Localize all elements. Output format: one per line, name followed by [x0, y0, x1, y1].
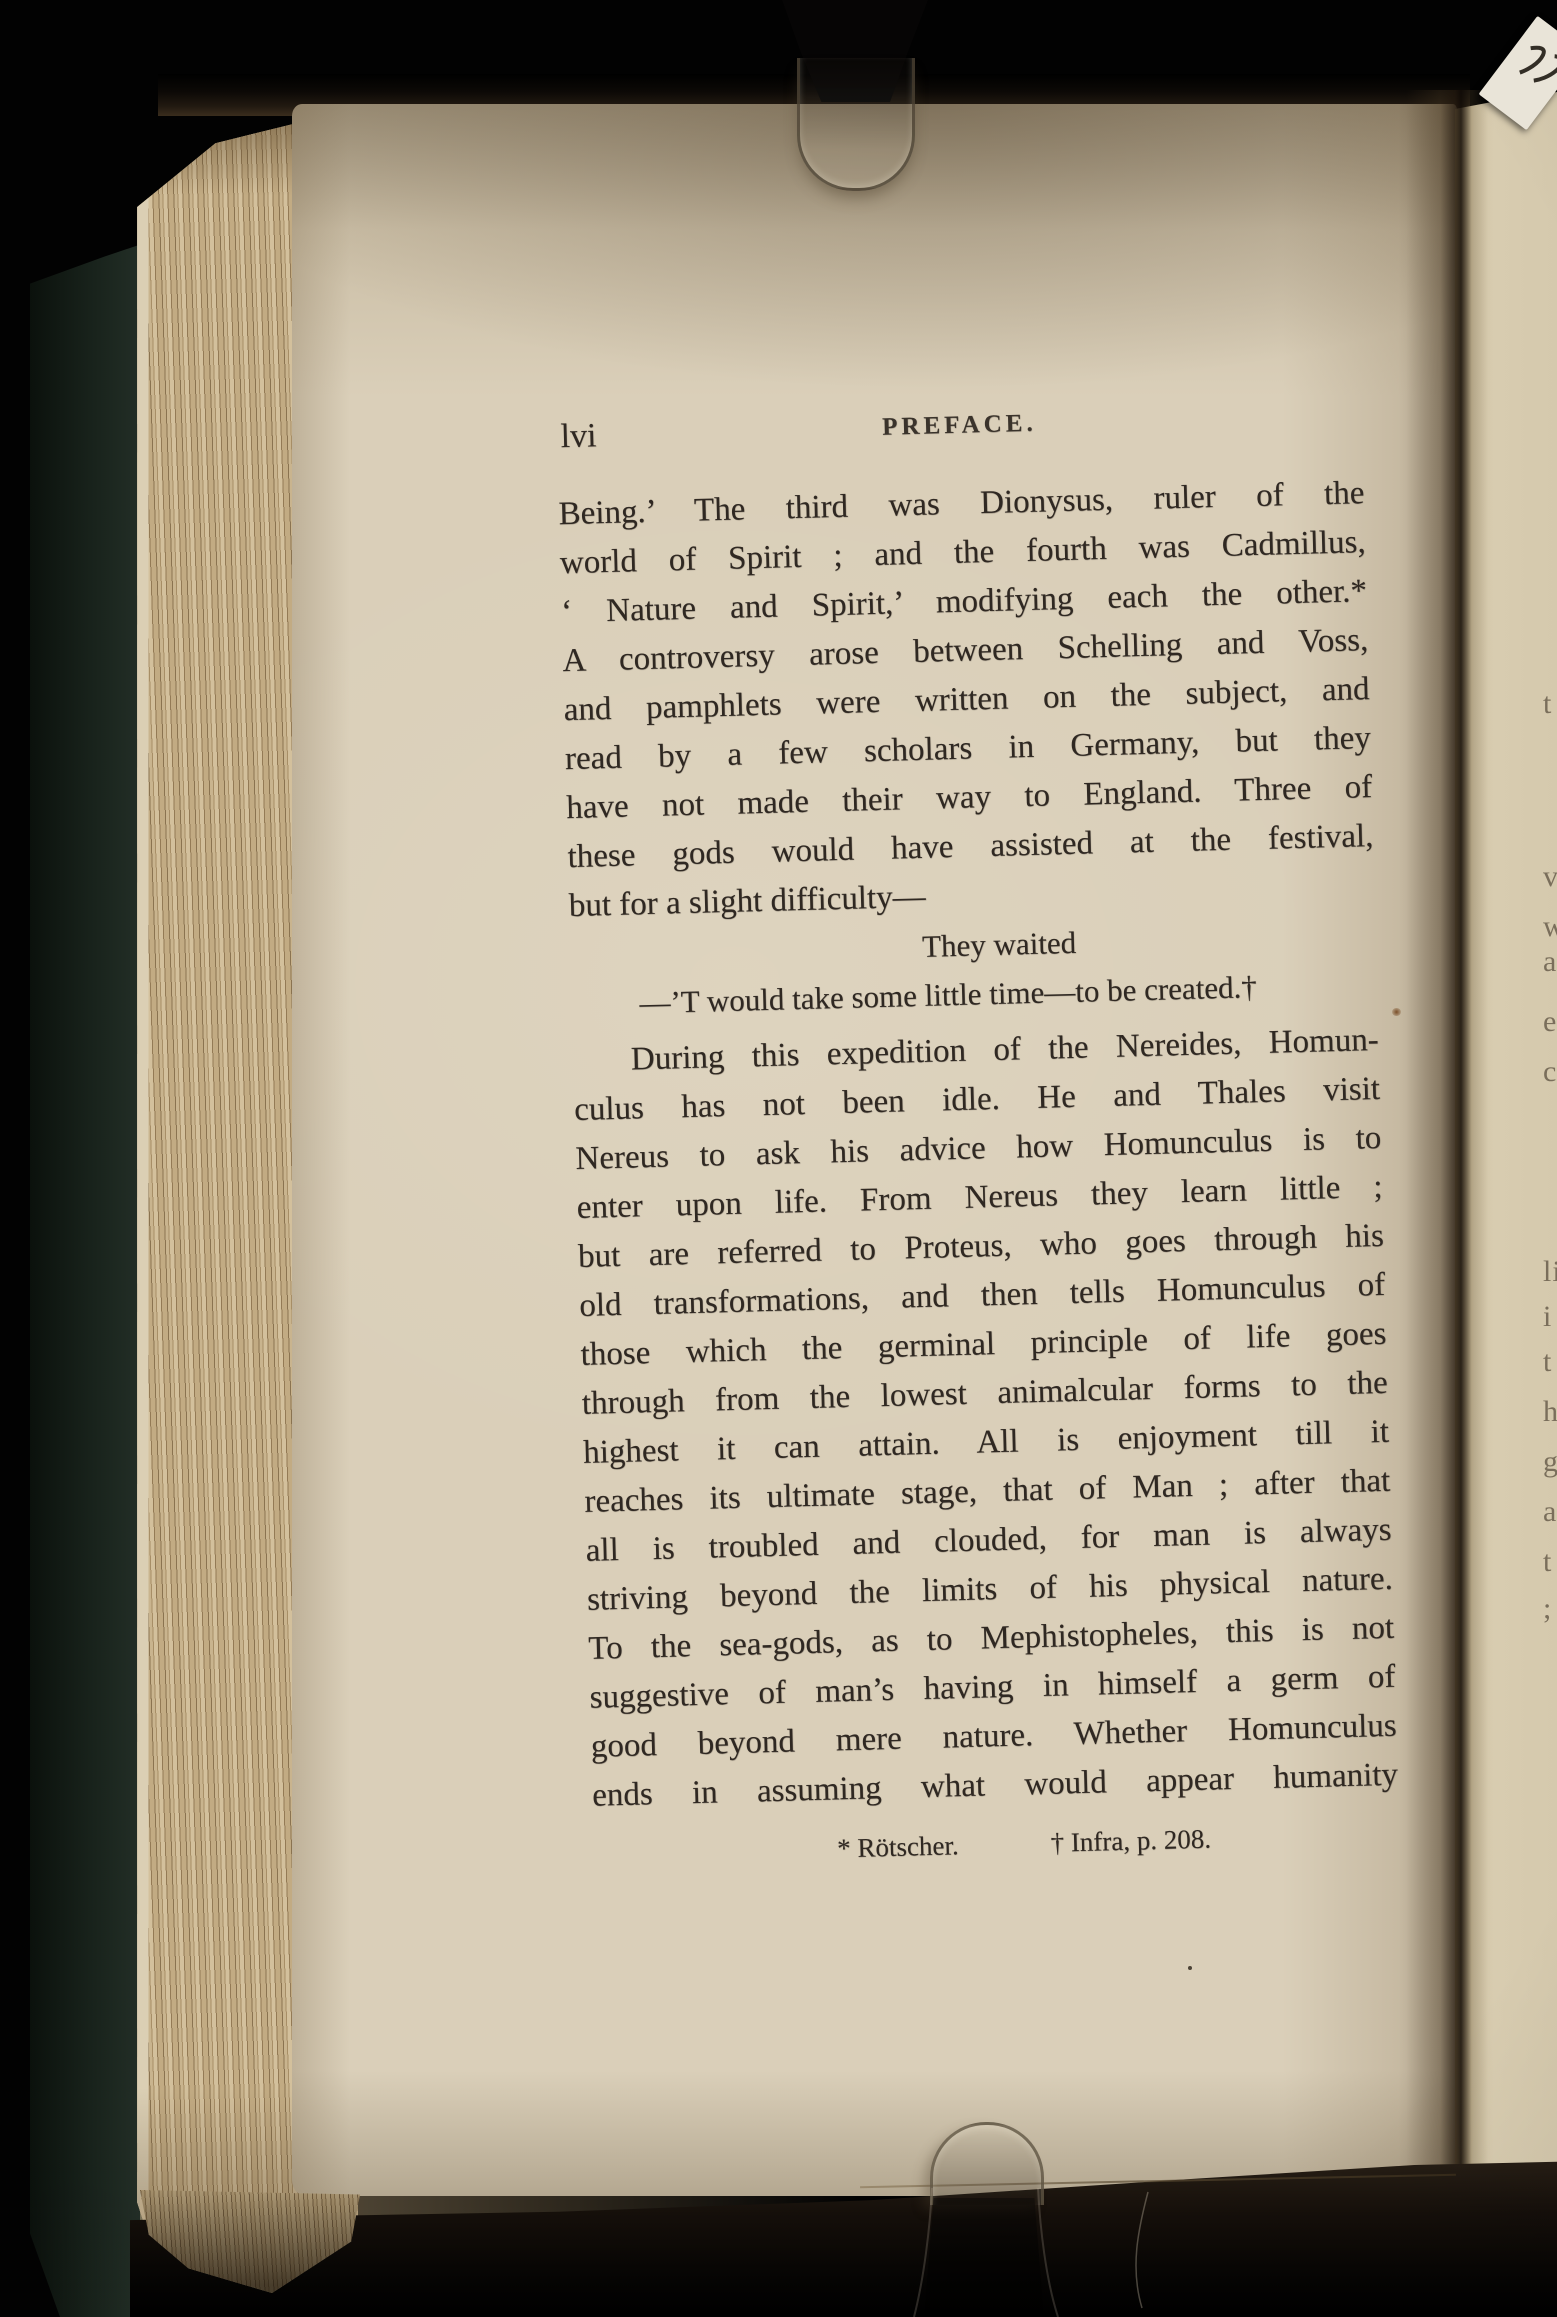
edge-letter: g: [1543, 1445, 1557, 1479]
printed-text-block: lvi PREFACE. Being.’ The third was Diony…: [556, 383, 1400, 1875]
edge-letter: a: [1543, 945, 1557, 979]
foxing-speck: [1392, 1008, 1401, 1016]
edge-letter: w: [1543, 910, 1557, 944]
edge-letter: li: [1543, 1255, 1557, 1289]
edge-letter: e: [1543, 1005, 1557, 1039]
body-text: Being.’ The third was Dionysus, ruler of…: [558, 469, 1399, 1821]
running-title: PREFACE.: [556, 401, 1362, 450]
edge-letter: t: [1543, 1345, 1557, 1379]
edge-letter: ;: [1543, 1592, 1557, 1626]
edge-letter: v: [1543, 860, 1557, 894]
footnote-asterisk: * Rötscher.: [837, 1825, 960, 1868]
gutter-shadow: [1406, 90, 1488, 2208]
edge-letter: t: [1543, 687, 1557, 721]
footnote-dagger: † Infra, p. 208.: [1050, 1819, 1211, 1863]
edge-letter: c: [1543, 1055, 1557, 1089]
foxing-speck: [1188, 1966, 1192, 1970]
edge-letter: a: [1543, 1495, 1557, 1529]
book-photo: lvi PREFACE. Being.’ The third was Diony…: [0, 0, 1557, 2317]
holder-stem-outline: [880, 2188, 1200, 2317]
edge-letter: i: [1543, 1300, 1557, 1334]
book-page: lvi PREFACE. Being.’ The third was Diony…: [292, 104, 1457, 2196]
transparent-page-holder-top: [797, 58, 915, 191]
page-header: lvi PREFACE.: [556, 383, 1363, 462]
edge-letter: h: [1543, 1395, 1557, 1429]
footnotes: * Rötscher. † Infra, p. 208.: [593, 1814, 1400, 1875]
edge-letter: t: [1543, 1545, 1557, 1579]
